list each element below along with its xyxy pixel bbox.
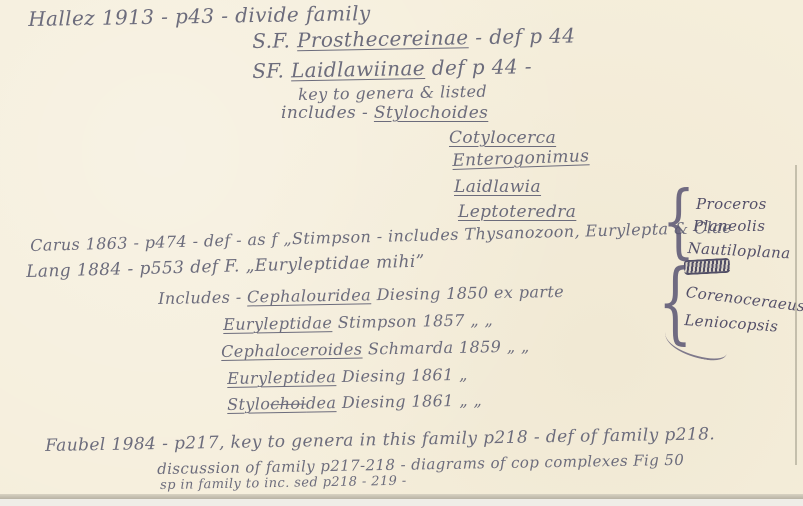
handwriting-segment: Stimpson 1857 „ „ [332,310,493,332]
handwriting-segment: S.F. [252,28,297,53]
handwriting-segment: Laidlawiinae [291,56,425,82]
line-lang-1884: Lang 1884 - p553 def F. „Euryleptidae mi… [26,253,425,282]
line-stylochoidea-diesing: Stylochoidea Diesing 1861 „ „ [227,392,482,414]
margin-item-corenoceraeus: Corenoceraeus [685,284,803,315]
handwriting-segment: Euryleptidae [223,313,332,334]
handwriting-segment: Hallez 1913 - p43 - divide family [28,1,371,31]
handwriting-segment: Euryleptidea [227,367,336,388]
handwriting-segment: discussion of family p217-218 - diagrams… [157,451,684,478]
handwriting-segment: def p 44 - [425,54,532,80]
handwriting-segment: key to genera & listed [298,82,487,104]
handwriting-segment: Proceros [696,195,767,213]
handwriting-segment: - def p 44 [468,23,575,49]
margin-item-planeolis: Planeolis [693,218,765,235]
handwriting-segment: Laidlawia [454,177,541,197]
handwriting-segment: Corenoceraeus [685,283,803,315]
handwriting-segment: Leptoteredra [458,202,576,222]
line-includes-cephalouridea: Includes - Cephalouridea Diesing 1850 ex… [158,283,564,308]
handwriting-segment: Cotylocerca [449,128,556,148]
line-includes-stylochoides: includes - Stylochoides [281,104,488,123]
handwriting-segment: Cephalouridea [247,285,371,306]
handwriting-segment: dea [306,393,337,413]
handwriting-segment: Stylochoides [374,103,488,123]
handwriting-segment: sp in family to inc. sed p218 - 219 - [160,474,407,493]
line-euryleptidea-diesing: Euryleptidea Diesing 1861 „ [227,366,468,388]
line-carus-1863: Carus 1863 - p474 - def - as f „Stimpson… [30,219,732,255]
line-cotylocerca: Cotylocerca [449,129,556,148]
handwriting-segment: Diesing 1861 „ [336,365,468,386]
handwriting-segment: Enterogonimus [452,146,590,171]
index-card: Hallez 1913 - p43 - divide familyS.F. Pr… [0,0,803,506]
handwriting-segment: Diesing 1850 ex parte [371,282,564,304]
handwriting-segment: includes - [281,103,374,123]
line-laidlawia: Laidlawia [454,178,541,197]
margin-item-proceros: Proceros [696,196,767,213]
line-key-to-genera: key to genera & listed [298,83,487,104]
line-hallez-1913: Hallez 1913 - p43 - divide family [28,2,371,30]
line-cephaloceroides-schmarda: Cephaloceroides Schmarda 1859 „ „ [221,338,530,361]
surface-below-card [0,499,803,506]
line-sp-in-family: sp in family to inc. sed p218 - 219 - [160,475,407,494]
line-leptoteredra: Leptoteredra [458,203,576,222]
handwriting-segment: Cephaloceroides [221,340,363,361]
handwriting-segment: Planeolis [693,217,765,235]
line-sf-laidlawiinae: SF. Laidlawiinae def p 44 - [252,55,532,82]
handwriting-segment: SF. [252,58,291,83]
line-discussion-of-family: discussion of family p217-218 - diagrams… [157,452,684,478]
handwriting-segment: choi [270,394,306,414]
handwriting-segment: Diesing 1861 „ „ [336,391,482,413]
line-enterogonimus: Enterogonimus [452,147,590,170]
handwriting-segment: Includes - [158,287,247,308]
line-sf-prosthecereinae: S.F. Prosthecereinae - def p 44 [252,24,576,52]
handwriting-segment: Lang 1884 - p553 def F. „Euryleptidae mi… [26,252,425,282]
handwriting-segment: Stylo [227,394,271,414]
handwriting-segment: Schmarda 1859 „ „ [362,337,530,359]
line-euryleptidae-stimpson: Euryleptidae Stimpson 1857 „ „ [223,311,493,333]
handwriting-segment: Carus 1863 - p474 - def - as f „Stimpson… [30,218,732,255]
card-right-edge [795,165,797,465]
handwriting-segment: Prosthecereinae [297,25,469,52]
